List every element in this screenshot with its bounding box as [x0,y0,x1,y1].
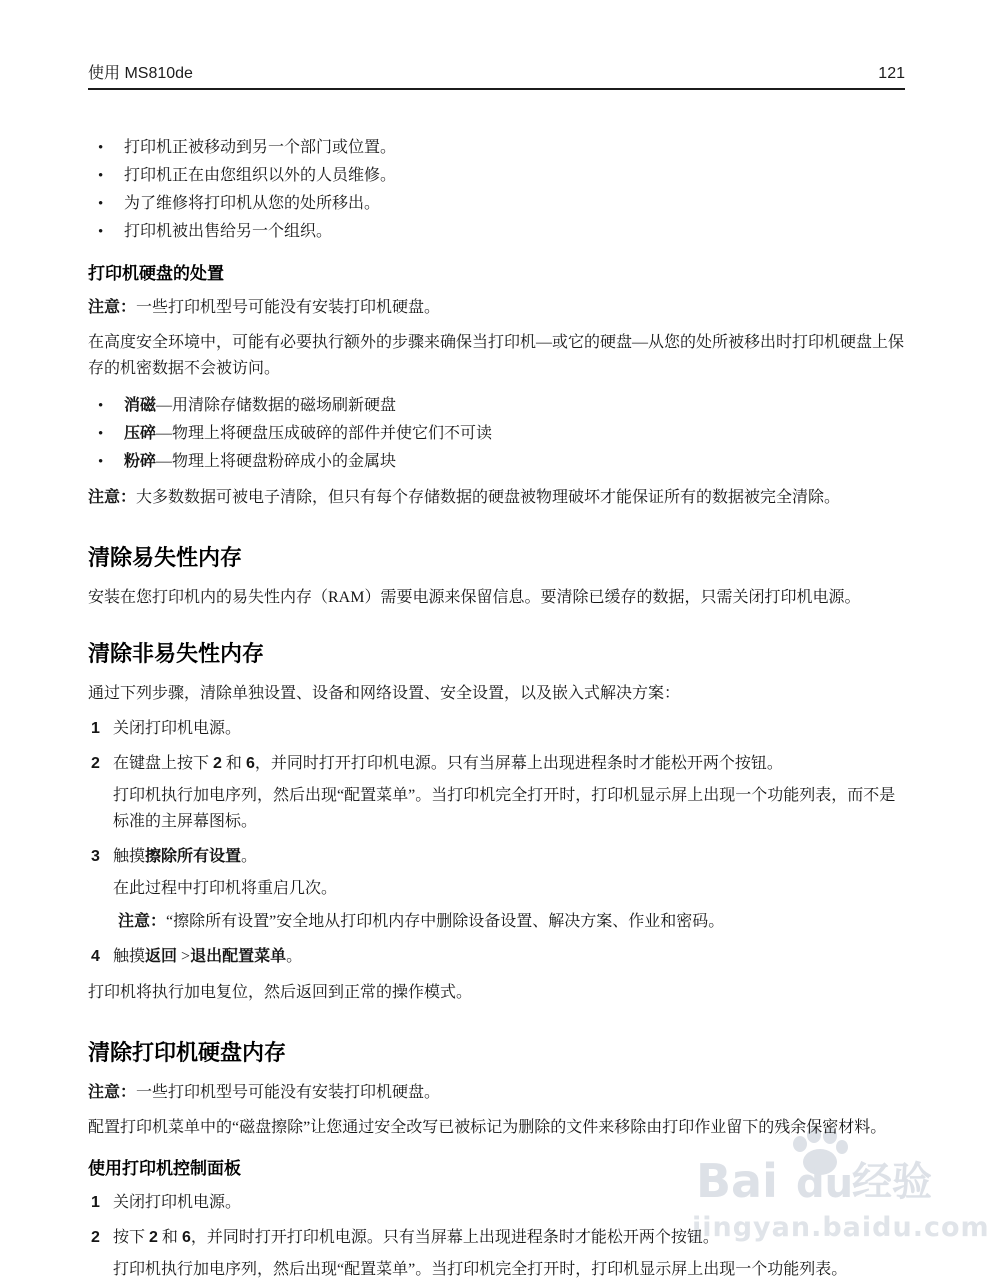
step-text: 按下 2 和 6，并同时打开打印机电源。只有当屏幕上出现进程条时才能松开两个按钮… [113,1225,905,1251]
step-number: 4 [88,944,113,970]
step-2: 2 在键盘上按下 2 和 6，并同时打开打印机电源。只有当屏幕上出现进程条时才能… [88,751,905,835]
bullet-text: 粉碎—物理上将硬盘粉碎成小的金属块 [124,448,396,476]
step-subtext: 打印机执行加电序列，然后出现“配置菜单”。当打印机完全打开时，打印机显示屏上出现… [113,1257,905,1280]
step-subtext: 打印机执行加电序列，然后出现“配置菜单”。当打印机完全打开时，打印机显示屏上出现… [113,783,905,835]
bullet-icon: • [88,392,124,420]
bullet-text: 消磁—用清除存储数据的磁场刷新硬盘 [124,392,396,420]
step-body: 关闭打印机电源。 [113,716,905,742]
bullet-icon: • [88,162,124,190]
step-body: 关闭打印机电源。 [113,1190,905,1216]
step-text: 触摸返回 >退出配置菜单。 [113,944,905,970]
step-note: 注意：“擦除所有设置”安全地从打印机内存中删除设备设置、解决方案、作业和密码。 [113,909,905,935]
note-paragraph: 注意：大多数数据可被电子清除，但只有每个存储数据的硬盘被物理破坏才能保证所有的数… [88,485,905,511]
step-subtext: 在此过程中打印机将重启几次。 [113,876,905,902]
step-1: 1 关闭打印机电源。 [88,1190,905,1216]
step-text: 关闭打印机电源。 [113,716,905,742]
body-paragraph: 配置打印机菜单中的“磁盘擦除”让您通过安全改写已被标记为删除的文件来移除由打印作… [88,1115,905,1141]
bullet-icon: • [88,218,124,246]
page-content: • 打印机正被移动到另一个部门或位置。 • 打印机正在由您组织以外的人员维修。 … [88,134,905,1280]
section-heading-harddisk-memory: 清除打印机硬盘内存 [88,1040,905,1066]
step-body: 在键盘上按下 2 和 6，并同时打开打印机电源。只有当屏幕上出现进程条时才能松开… [113,751,905,835]
bullet-text: 打印机正被移动到另一个部门或位置。 [124,134,396,162]
bullet-icon: • [88,134,124,162]
note-label: 注意： [118,913,166,930]
document-page: Bai du 经验 jingyan.baidu.com 使用 MS810de 1… [0,0,989,1280]
body-paragraph: 通过下列步骤，清除单独设置、设备和网络设置、安全设置，以及嵌入式解决方案： [88,681,905,707]
note-text: “擦除所有设置”安全地从打印机内存中删除设备设置、解决方案、作业和密码。 [166,913,724,930]
disposal-methods-list: • 消磁—用清除存储数据的磁场刷新硬盘 • 压碎—物理上将硬盘压成破碎的部件并使… [88,392,905,476]
body-paragraph: 在高度安全环境中，可能有必要执行额外的步骤来确保当打印机—或它的硬盘—从您的处所… [88,330,905,382]
list-item: • 压碎—物理上将硬盘压成破碎的部件并使它们不可读 [88,420,905,448]
step-body: 触摸返回 >退出配置菜单。 [113,944,905,970]
step-1: 1 关闭打印机电源。 [88,716,905,742]
step-number: 1 [88,1190,113,1216]
list-item: • 打印机被出售给另一个组织。 [88,218,905,246]
note-text: 一些打印机型号可能没有安装打印机硬盘。 [136,299,440,316]
step-text: 关闭打印机电源。 [113,1190,905,1216]
intro-bullet-list: • 打印机正被移动到另一个部门或位置。 • 打印机正在由您组织以外的人员维修。 … [88,134,905,246]
note-paragraph: 注意：一些打印机型号可能没有安装打印机硬盘。 [88,295,905,321]
note-label: 注意： [88,489,136,506]
body-paragraph: 打印机将执行加电复位，然后返回到正常的操作模式。 [88,980,905,1006]
bullet-icon: • [88,448,124,476]
list-item: • 消磁—用清除存储数据的磁场刷新硬盘 [88,392,905,420]
step-4: 4 触摸返回 >退出配置菜单。 [88,944,905,970]
list-item: • 粉碎—物理上将硬盘粉碎成小的金属块 [88,448,905,476]
page-number: 121 [878,65,905,83]
step-body: 触摸擦除所有设置。 在此过程中打印机将重启几次。 注意：“擦除所有设置”安全地从… [113,844,905,935]
note-label: 注意： [88,1084,136,1101]
section-heading-volatile-memory: 清除易失性内存 [88,545,905,571]
note-text: 大多数数据可被电子清除，但只有每个存储数据的硬盘被物理破坏才能保证所有的数据被完… [136,489,840,506]
list-item: • 打印机正被移动到另一个部门或位置。 [88,134,905,162]
note-text: 一些打印机型号可能没有安装打印机硬盘。 [136,1084,440,1101]
section-heading-nonvolatile-memory: 清除非易失性内存 [88,641,905,667]
step-number: 1 [88,716,113,742]
list-item: • 打印机正在由您组织以外的人员维修。 [88,162,905,190]
step-3: 3 触摸擦除所有设置。 在此过程中打印机将重启几次。 注意：“擦除所有设置”安全… [88,844,905,935]
step-number: 3 [88,844,113,935]
note-paragraph: 注意：一些打印机型号可能没有安装打印机硬盘。 [88,1080,905,1106]
header-title: 使用 MS810de [88,60,193,83]
step-number: 2 [88,751,113,835]
step-text: 在键盘上按下 2 和 6，并同时打开打印机电源。只有当屏幕上出现进程条时才能松开… [113,751,905,777]
bullet-text: 打印机正在由您组织以外的人员维修。 [124,162,396,190]
step-body: 按下 2 和 6，并同时打开打印机电源。只有当屏幕上出现进程条时才能松开两个按钮… [113,1225,905,1280]
bullet-icon: • [88,190,124,218]
list-item: • 为了维修将打印机从您的处所移出。 [88,190,905,218]
bullet-text: 为了维修将打印机从您的处所移出。 [124,190,380,218]
subsection-heading-control-panel: 使用打印机控制面板 [88,1157,905,1181]
body-paragraph: 安装在您打印机内的易失性内存（RAM）需要电源来保留信息。要清除已缓存的数据，只… [88,585,905,611]
subsection-heading-disk-disposal: 打印机硬盘的处置 [88,262,905,286]
step-number: 2 [88,1225,113,1280]
bullet-text: 打印机被出售给另一个组织。 [124,218,332,246]
step-text: 触摸擦除所有设置。 [113,844,905,870]
bullet-icon: • [88,420,124,448]
page-header: 使用 MS810de 121 [88,60,905,90]
bullet-text: 压碎—物理上将硬盘压成破碎的部件并使它们不可读 [124,420,492,448]
step-2: 2 按下 2 和 6，并同时打开打印机电源。只有当屏幕上出现进程条时才能松开两个… [88,1225,905,1280]
note-label: 注意： [88,299,136,316]
